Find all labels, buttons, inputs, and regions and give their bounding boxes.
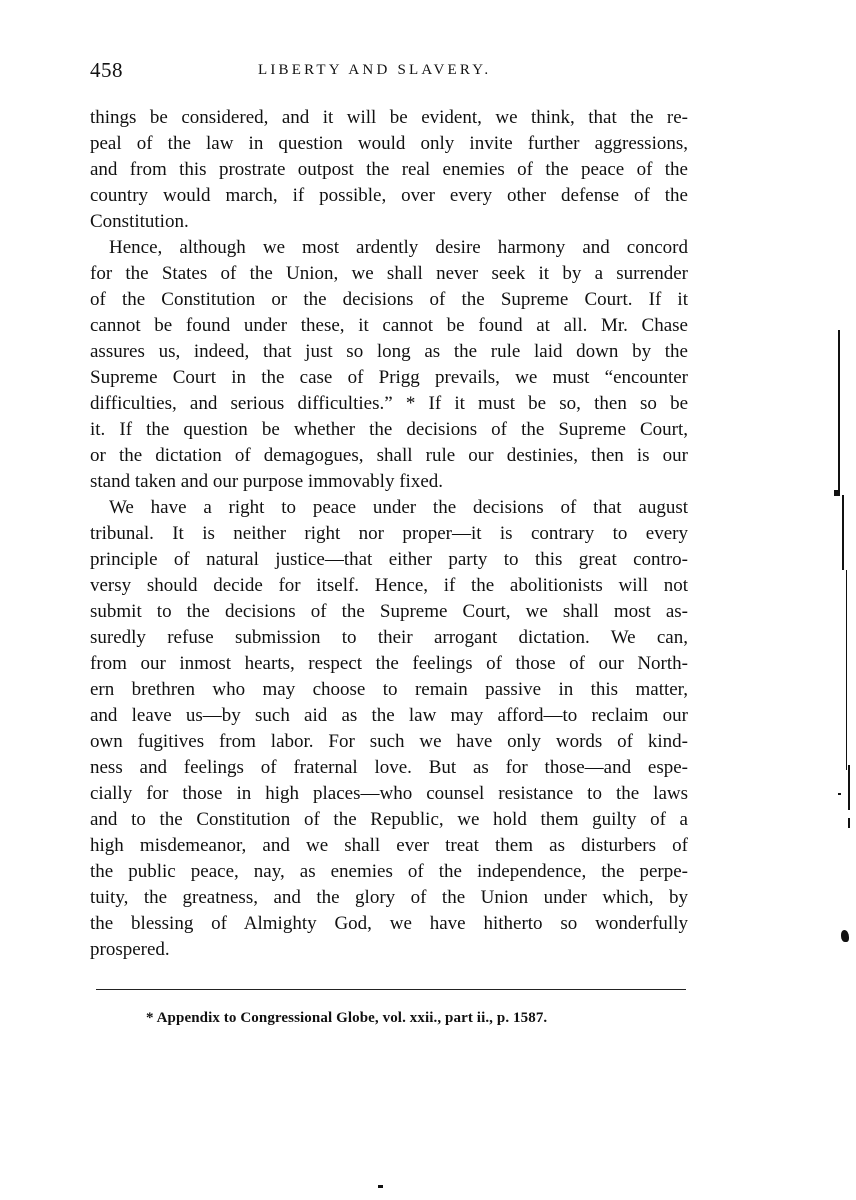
scan-artifact-line (846, 570, 847, 770)
body-text: things be considered, and it will be evi… (90, 105, 688, 963)
text-line: suredly refuse submission to their arrog… (90, 625, 688, 651)
scan-artifact-line (848, 765, 850, 810)
footnote-divider (96, 989, 686, 990)
text-line: Supreme Court in the case of Prigg preva… (90, 365, 688, 391)
scan-artifact-line (838, 330, 840, 495)
text-line: principle of natural justice—that either… (90, 547, 688, 573)
text-line: the blessing of Almighty God, we have hi… (90, 911, 688, 937)
text-line: assures us, indeed, that just so long as… (90, 339, 688, 365)
text-line: versy should decide for itself. Hence, i… (90, 573, 688, 599)
scan-artifact-mark (848, 818, 850, 828)
text-line: high misdemeanor, and we shall ever trea… (90, 833, 688, 859)
text-line: cannot be found under these, it cannot b… (90, 313, 688, 339)
text-line: stand taken and our purpose immovably fi… (90, 469, 688, 495)
scan-artifact-line (842, 495, 844, 570)
text-line: or the dictation of demagogues, shall ru… (90, 443, 688, 469)
text-line: cially for those in high places—who coun… (90, 781, 688, 807)
text-line: it. If the question be whether the decis… (90, 417, 688, 443)
text-line: country would march, if possible, over e… (90, 183, 688, 209)
text-line: ness and feelings of fraternal love. But… (90, 755, 688, 781)
text-line: difficulties, and serious difficulties.”… (90, 391, 688, 417)
text-line: of the Constitution or the decisions of … (90, 287, 688, 313)
text-line: Hence, although we most ardently desire … (90, 235, 688, 261)
text-line: and from this prostrate outpost the real… (90, 157, 688, 183)
text-line: tuity, the greatness, and the glory of t… (90, 885, 688, 911)
text-line: for the States of the Union, we shall ne… (90, 261, 688, 287)
running-head: 458 LIBERTY AND SLAVERY. (90, 58, 690, 88)
text-line: from our inmost hearts, respect the feel… (90, 651, 688, 677)
text-line: the public peace, nay, as enemies of the… (90, 859, 688, 885)
page-number: 458 (90, 58, 123, 83)
text-line: things be considered, and it will be evi… (90, 105, 688, 131)
scan-artifact-blot (841, 930, 849, 942)
text-line: ern brethren who may choose to remain pa… (90, 677, 688, 703)
text-line: submit to the decisions of the Supreme C… (90, 599, 688, 625)
text-line: tribunal. It is neither right nor proper… (90, 521, 688, 547)
running-title: LIBERTY AND SLAVERY. (258, 62, 491, 79)
book-page: 458 LIBERTY AND SLAVERY. things be consi… (0, 0, 856, 1200)
text-line: peal of the law in question would only i… (90, 131, 688, 157)
text-line: own fugitives from labor. For such we ha… (90, 729, 688, 755)
text-line: We have a right to peace under the decis… (90, 495, 688, 521)
text-line: prospered. (90, 937, 688, 963)
footnote: * Appendix to Congressional Globe, vol. … (146, 1010, 547, 1027)
text-line: and leave us—by such aid as the law may … (90, 703, 688, 729)
scan-artifact-mark (838, 793, 841, 795)
text-line: and to the Constitution of the Republic,… (90, 807, 688, 833)
text-line: Constitution. (90, 209, 688, 235)
scan-artifact-mark (378, 1185, 383, 1188)
scan-artifact-mark (834, 490, 840, 496)
